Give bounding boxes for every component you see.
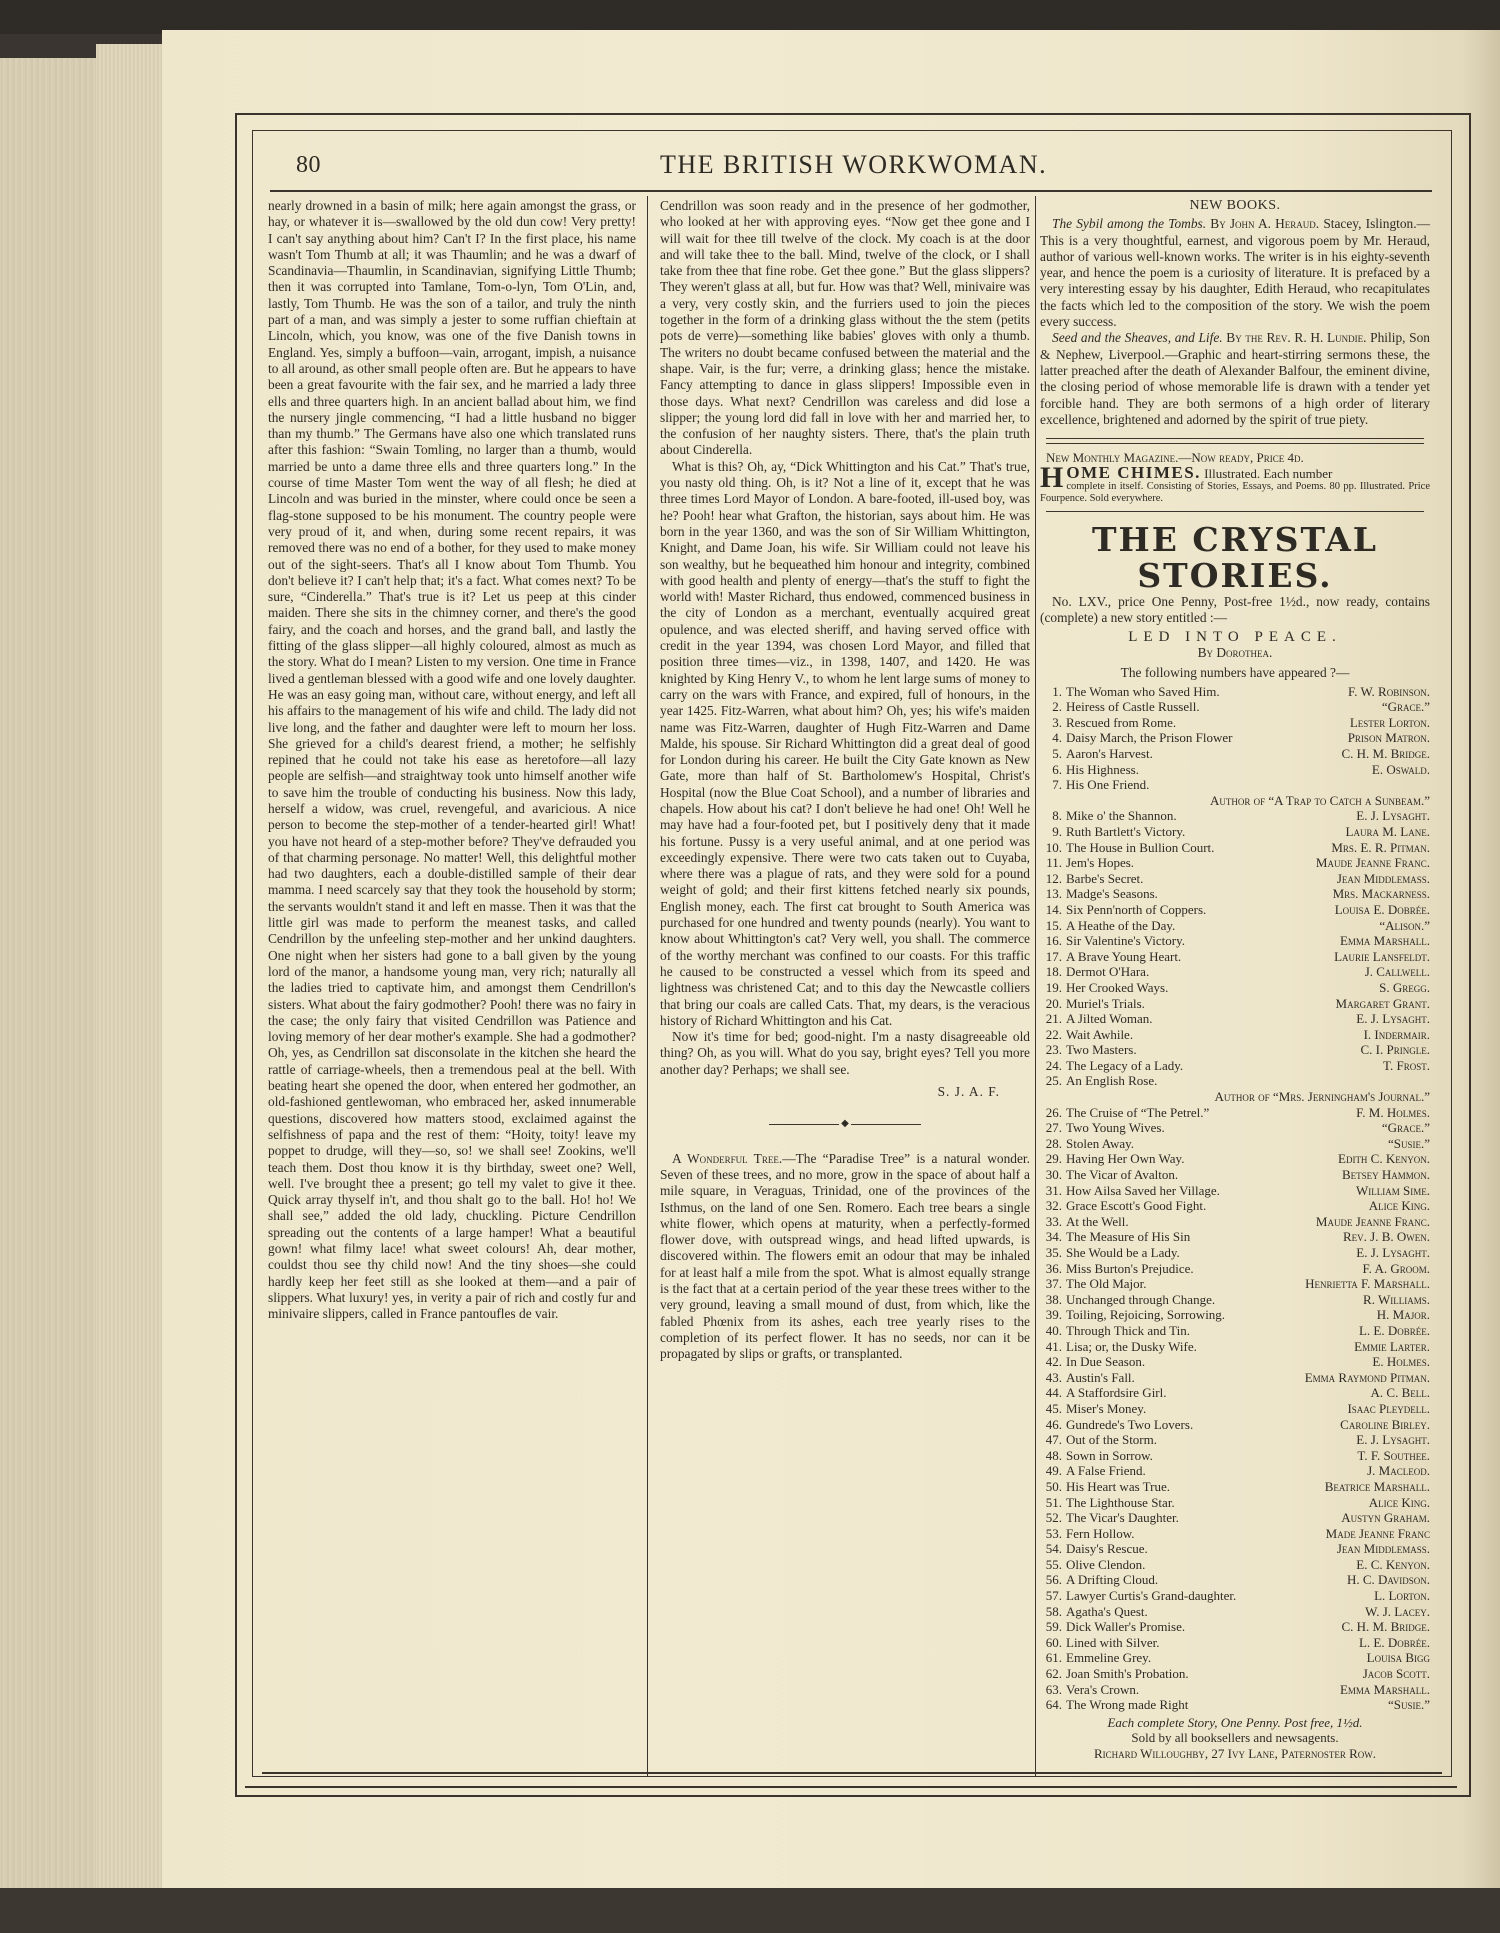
- story-title: Two Young Wives.: [1066, 1120, 1376, 1136]
- story-title: Olive Clendon.: [1066, 1557, 1350, 1573]
- story-number: 45.: [1040, 1401, 1062, 1417]
- ornament-line: [769, 1124, 839, 1125]
- story-author: T. Frost.: [1377, 1058, 1430, 1074]
- column-left: nearly drowned in a basin of milk; here …: [268, 198, 636, 1322]
- story-author: Isaac Pleydell.: [1341, 1401, 1430, 1417]
- masthead: THE BRITISH WORKWOMAN.: [660, 150, 1047, 180]
- book-review: The Sybil among the Tombs. By John A. He…: [1040, 216, 1430, 330]
- story-title: Muriel's Trials.: [1066, 996, 1330, 1012]
- footer-rule: [262, 1772, 1442, 1774]
- story-title: The Lighthouse Star.: [1066, 1495, 1363, 1511]
- featured-story-author: By Dorothea.: [1040, 645, 1430, 661]
- page-number: 80: [296, 152, 321, 179]
- story-author: Emma Marshall.: [1334, 933, 1430, 949]
- story-title: How Ailsa Saved her Village.: [1066, 1183, 1350, 1199]
- publisher-address: Richard Willoughby, 27 Ivy Lane, Paterno…: [1040, 1746, 1430, 1762]
- story-list-item: 2.Heiress of Castle Russell.“Grace.”: [1040, 699, 1430, 715]
- story-number: 59.: [1040, 1619, 1062, 1635]
- story-list-item: 56.A Drifting Cloud.H. C. Davidson.: [1040, 1572, 1430, 1588]
- book-author: By John A. Heraud.: [1210, 216, 1319, 231]
- article-paragraph: Now it's time for bed; good-night. I'm a…: [660, 1029, 1030, 1078]
- story-list-item: 45.Miser's Money.Isaac Pleydell.: [1040, 1401, 1430, 1417]
- story-title: His Highness.: [1066, 762, 1366, 778]
- story-list-item: 7.His One Friend.: [1040, 777, 1430, 793]
- story-title: Miser's Money.: [1066, 1401, 1341, 1417]
- section-rule: [1046, 443, 1424, 444]
- story-author: [1424, 1073, 1430, 1089]
- story-list-item: 15.A Heathe of the Day.“Alison.”: [1040, 918, 1430, 934]
- story-author: “Susie.”: [1382, 1136, 1430, 1152]
- story-number: 57.: [1040, 1588, 1062, 1604]
- story-title: The Legacy of a Lady.: [1066, 1058, 1377, 1074]
- story-list-item: 9.Ruth Bartlett's Victory.Laura M. Lane.: [1040, 824, 1430, 840]
- story-list-item: 34.The Measure of His SinRev. J. B. Owen…: [1040, 1229, 1430, 1245]
- story-author: Maude Jeanne Franc.: [1310, 855, 1430, 871]
- story-title: The House in Bullion Court.: [1066, 840, 1325, 856]
- story-list-item: 50.His Heart was True.Beatrice Marshall.: [1040, 1479, 1430, 1495]
- story-title: The Vicar's Daughter.: [1066, 1510, 1335, 1526]
- new-books-title: NEW BOOKS.: [1040, 198, 1430, 214]
- story-title: Joan Smith's Probation.: [1066, 1666, 1357, 1682]
- story-number: 38.: [1040, 1292, 1062, 1308]
- story-list-item: 31.How Ailsa Saved her Village.William S…: [1040, 1183, 1430, 1199]
- story-title: Unchanged through Change.: [1066, 1292, 1357, 1308]
- story-number: 53.: [1040, 1526, 1062, 1542]
- story-author: A. C. Bell.: [1365, 1385, 1430, 1401]
- story-author: Author of “A Trap to Catch a Sunbeam.”: [1204, 793, 1430, 809]
- story-list-item: 64.The Wrong made Right“Susie.”: [1040, 1697, 1430, 1713]
- story-title: Madge's Seasons.: [1066, 886, 1327, 902]
- story-list-heading: The following numbers have appeared ?—: [1040, 665, 1430, 681]
- story-author: E. J. Lysaght.: [1350, 808, 1430, 824]
- article-paragraph: What is this? Oh, ay, “Dick Whittington …: [660, 459, 1030, 1029]
- story-author: J. Callwell.: [1359, 964, 1430, 980]
- story-number: 27.: [1040, 1120, 1062, 1136]
- story-author: Austyn Graham.: [1335, 1510, 1430, 1526]
- story-list-item: 20.Muriel's Trials.Margaret Grant.: [1040, 996, 1430, 1012]
- crystal-stories-title: THE CRYSTAL STORIES.: [1040, 522, 1430, 594]
- story-author: H. Major.: [1371, 1307, 1430, 1323]
- story-list-item: 63.Vera's Crown.Emma Marshall.: [1040, 1682, 1430, 1698]
- footer-rule: [245, 1786, 1457, 1788]
- story-number: 9.: [1040, 824, 1062, 840]
- story-list-item: 51.The Lighthouse Star.Alice King.: [1040, 1495, 1430, 1511]
- story-list-item: 43.Austin's Fall.Emma Raymond Pitman.: [1040, 1370, 1430, 1386]
- story-number: 15.: [1040, 918, 1062, 934]
- story-list-item: 59.Dick Waller's Promise.C. H. M. Bridge…: [1040, 1619, 1430, 1635]
- story-author: Rev. J. B. Owen.: [1337, 1229, 1430, 1245]
- story-list-item: 29.Having Her Own Way.Edith C. Kenyon.: [1040, 1151, 1430, 1167]
- story-number: 13.: [1040, 886, 1062, 902]
- story-number: 19.: [1040, 980, 1062, 996]
- story-number: 30.: [1040, 1167, 1062, 1183]
- story-number: 36.: [1040, 1261, 1062, 1277]
- story-list-item: 28.Stolen Away.“Susie.”: [1040, 1136, 1430, 1152]
- story-number: 18.: [1040, 964, 1062, 980]
- book-title: Seed and the Sheaves, and Life.: [1052, 330, 1223, 345]
- story-title: In Due Season.: [1066, 1354, 1366, 1370]
- story-number: 3.: [1040, 715, 1062, 731]
- story-title: Daisy's Rescue.: [1066, 1541, 1331, 1557]
- story-title: Agatha's Quest.: [1066, 1604, 1359, 1620]
- story-list-item: 48.Sown in Sorrow.T. F. Southee.: [1040, 1448, 1430, 1464]
- story-number: 63.: [1040, 1682, 1062, 1698]
- story-title: Lisa; or, the Dusky Wife.: [1066, 1339, 1348, 1355]
- story-author: Maude Jeanne Franc.: [1310, 1214, 1430, 1230]
- story-author: Prison Matron.: [1342, 730, 1430, 746]
- story-title: Sown in Sorrow.: [1066, 1448, 1351, 1464]
- story-list-item: 35.She Would be a Lady.E. J. Lysaght.: [1040, 1245, 1430, 1261]
- story-author: E. J. Lysaght.: [1350, 1432, 1430, 1448]
- home-chimes-details: complete in itself. Consisting of Storie…: [1040, 481, 1430, 505]
- story-list-item: 38.Unchanged through Change.R. Williams.: [1040, 1292, 1430, 1308]
- story-title: Dermot O'Hara.: [1066, 964, 1359, 980]
- story-author: Laurie Lansfeldt.: [1328, 949, 1430, 965]
- story-list-item: 39.Toiling, Rejoicing, Sorrowing.H. Majo…: [1040, 1307, 1430, 1323]
- story-number: 54.: [1040, 1541, 1062, 1557]
- story-title: Emmeline Grey.: [1066, 1650, 1361, 1666]
- story-title: She Would be a Lady.: [1066, 1245, 1350, 1261]
- story-author: Louisa E. Dobrée.: [1329, 902, 1430, 918]
- story-title: Mike o' the Shannon.: [1066, 808, 1350, 824]
- story-author: Louisa Bigg: [1361, 1650, 1430, 1666]
- story-list-item: 19.Her Crooked Ways.S. Gregg.: [1040, 980, 1430, 996]
- story-title: Through Thick and Tin.: [1066, 1323, 1353, 1339]
- story-title: The Woman who Saved Him.: [1066, 684, 1342, 700]
- story-number: 6.: [1040, 762, 1062, 778]
- story-number: 56.: [1040, 1572, 1062, 1588]
- ornament-diamond-icon: ◆: [841, 1116, 849, 1132]
- story-number: 28.: [1040, 1136, 1062, 1152]
- review-body: Stacey, Islington.—This is a very though…: [1040, 216, 1430, 329]
- story-list-item: 32.Grace Escott's Good Fight.Alice King.: [1040, 1198, 1430, 1214]
- story-author: L. Lorton.: [1368, 1588, 1430, 1604]
- story-title: Rescued from Rome.: [1066, 715, 1344, 731]
- crystal-stories-intro: No. LXV., price One Penny, Post-free 1½d…: [1040, 594, 1430, 627]
- story-number: 41.: [1040, 1339, 1062, 1355]
- story-list-item: 27.Two Young Wives.“Grace.”: [1040, 1120, 1430, 1136]
- story-author: C. I. Pringle.: [1355, 1042, 1430, 1058]
- story-author: Caroline Birley.: [1334, 1417, 1430, 1433]
- story-number: 58.: [1040, 1604, 1062, 1620]
- story-author: Alice King.: [1363, 1198, 1430, 1214]
- story-number: 10.: [1040, 840, 1062, 856]
- story-list-item: 6.His Highness.E. Oswald.: [1040, 762, 1430, 778]
- story-title: His One Friend.: [1066, 777, 1424, 793]
- story-author: Jacob Scott.: [1357, 1666, 1430, 1682]
- story-author: “Alison.”: [1373, 918, 1430, 934]
- story-list-item: 55.Olive Clendon.E. C. Kenyon.: [1040, 1557, 1430, 1573]
- story-number: 25.: [1040, 1073, 1062, 1089]
- story-author: Edith C. Kenyon.: [1332, 1151, 1430, 1167]
- story-title: Austin's Fall.: [1066, 1370, 1299, 1386]
- story-author: W. J. Lacey.: [1359, 1604, 1430, 1620]
- story-list-item: 26.The Cruise of “The Petrel.”F. M. Holm…: [1040, 1105, 1430, 1121]
- story-author: Henrietta F. Marshall.: [1299, 1276, 1430, 1292]
- story-author: E. Holmes.: [1366, 1354, 1430, 1370]
- story-number: 5.: [1040, 746, 1062, 762]
- story-number: 14.: [1040, 902, 1062, 918]
- story-author: Laura M. Lane.: [1340, 824, 1430, 840]
- story-author: “Susie.”: [1382, 1697, 1430, 1713]
- story-title: The Cruise of “The Petrel.”: [1066, 1105, 1350, 1121]
- story-list-item: 53.Fern Hollow.Made Jeanne Franc: [1040, 1526, 1430, 1542]
- story-number: 2.: [1040, 699, 1062, 715]
- story-title: Jem's Hopes.: [1066, 855, 1310, 871]
- article-paragraph: Cendrillon was soon ready and in the pre…: [660, 198, 1030, 459]
- story-number: 43.: [1040, 1370, 1062, 1386]
- column-right: NEW BOOKS. The Sybil among the Tombs. By…: [1040, 198, 1430, 1762]
- story-author-note: Author of “Mrs. Jerningham's Journal.”: [1040, 1089, 1430, 1105]
- story-number: 52.: [1040, 1510, 1062, 1526]
- story-author: Betsey Hammon.: [1336, 1167, 1430, 1183]
- column-divider: [647, 196, 648, 1776]
- story-title: Ruth Bartlett's Victory.: [1066, 824, 1340, 840]
- story-author: [1424, 777, 1430, 793]
- story-number: 50.: [1040, 1479, 1062, 1495]
- story-list-item: 10.The House in Bullion Court.Mrs. E. R.…: [1040, 840, 1430, 856]
- story-number: 40.: [1040, 1323, 1062, 1339]
- book-background-bottom: [0, 1888, 1500, 1933]
- sold-by-note: Sold by all booksellers and newsagents.: [1040, 1730, 1430, 1746]
- story-list-item: 12.Barbe's Secret.Jean Middlemass.: [1040, 871, 1430, 887]
- story-number: 22.: [1040, 1027, 1062, 1043]
- story-title: Having Her Own Way.: [1066, 1151, 1332, 1167]
- section-rule: [1046, 438, 1424, 439]
- article-signature: S. J. A. F.: [660, 1084, 1030, 1100]
- story-author: J. Macleod.: [1361, 1463, 1430, 1479]
- price-note: Each complete Story, One Penny. Post fre…: [1040, 1715, 1430, 1731]
- story-author: F. A. Groom.: [1356, 1261, 1430, 1277]
- story-title: Her Crooked Ways.: [1066, 980, 1373, 996]
- book-review: Seed and the Sheaves, and Life. By the R…: [1040, 330, 1430, 428]
- story-list-item: 46.Gundrede's Two Lovers.Caroline Birley…: [1040, 1417, 1430, 1433]
- story-author: Jean Middlemass.: [1331, 1541, 1430, 1557]
- story-list-item: 54.Daisy's Rescue.Jean Middlemass.: [1040, 1541, 1430, 1557]
- story-list-item: 62.Joan Smith's Probation.Jacob Scott.: [1040, 1666, 1430, 1682]
- story-number: 33.: [1040, 1214, 1062, 1230]
- home-chimes-ad: New Monthly Magazine.—Now ready, Price 4…: [1040, 450, 1430, 505]
- home-chimes-title: OME CHIMES.: [1066, 463, 1201, 482]
- story-list-item: 41.Lisa; or, the Dusky Wife.Emmie Larter…: [1040, 1339, 1430, 1355]
- story-title: A False Friend.: [1066, 1463, 1361, 1479]
- story-number: 32.: [1040, 1198, 1062, 1214]
- book-author: By the Rev. R. H. Lundie.: [1226, 330, 1366, 345]
- story-author: E. J. Lysaght.: [1350, 1011, 1430, 1027]
- section-rule: [1046, 511, 1424, 512]
- story-author: H. C. Davidson.: [1341, 1572, 1430, 1588]
- story-list-item: 14.Six Penn'north of Coppers.Louisa E. D…: [1040, 902, 1430, 918]
- story-author: Mrs. E. R. Pitman.: [1325, 840, 1430, 856]
- story-list-item: 40.Through Thick and Tin.L. E. Dobrée.: [1040, 1323, 1430, 1339]
- story-number: 37.: [1040, 1276, 1062, 1292]
- story-number: 24.: [1040, 1058, 1062, 1074]
- story-list-item: 47.Out of the Storm.E. J. Lysaght.: [1040, 1432, 1430, 1448]
- story-title: Barbe's Secret.: [1066, 871, 1331, 887]
- story-list-item: 60.Lined with Silver.L. E. Dobrée.: [1040, 1635, 1430, 1651]
- story-number: 42.: [1040, 1354, 1062, 1370]
- story-author: C. H. M. Bridge.: [1335, 746, 1430, 762]
- story-title: Wait Awhile.: [1066, 1027, 1358, 1043]
- story-title: The Wrong made Right: [1066, 1697, 1382, 1713]
- story-list-item: 52.The Vicar's Daughter.Austyn Graham.: [1040, 1510, 1430, 1526]
- story-title: A Jilted Woman.: [1066, 1011, 1350, 1027]
- story-number: 7.: [1040, 777, 1062, 793]
- story-number: 31.: [1040, 1183, 1062, 1199]
- story-author: Beatrice Marshall.: [1319, 1479, 1430, 1495]
- story-title: Dick Waller's Promise.: [1066, 1619, 1335, 1635]
- story-list-item: 57.Lawyer Curtis's Grand-daughter.L. Lor…: [1040, 1588, 1430, 1604]
- story-number: 29.: [1040, 1151, 1062, 1167]
- story-list-item: 42.In Due Season.E. Holmes.: [1040, 1354, 1430, 1370]
- story-title: Stolen Away.: [1066, 1136, 1382, 1152]
- story-author: Jean Middlemass.: [1331, 871, 1430, 887]
- story-title: Vera's Crown.: [1066, 1682, 1334, 1698]
- story-author: R. Williams.: [1357, 1292, 1430, 1308]
- story-list-item: 18.Dermot O'Hara.J. Callwell.: [1040, 964, 1430, 980]
- story-title: A Brave Young Heart.: [1066, 949, 1328, 965]
- story-number: 60.: [1040, 1635, 1062, 1651]
- story-list-item: 21.A Jilted Woman.E. J. Lysaght.: [1040, 1011, 1430, 1027]
- story-title: His Heart was True.: [1066, 1479, 1319, 1495]
- story-list-item: 23.Two Masters.C. I. Pringle.: [1040, 1042, 1430, 1058]
- story-author: Alice King.: [1363, 1495, 1430, 1511]
- story-author: Margaret Grant.: [1330, 996, 1430, 1012]
- section-ornament: ◆: [660, 1116, 1030, 1132]
- column-middle: Cendrillon was soon ready and in the pre…: [660, 198, 1030, 1362]
- book-page-edges-inner: [96, 44, 162, 1894]
- story-author: L. E. Dobrée.: [1353, 1635, 1430, 1651]
- story-title: At the Well.: [1066, 1214, 1310, 1230]
- story-title: A Staffordsire Girl.: [1066, 1385, 1365, 1401]
- story-author: E. Oswald.: [1366, 762, 1430, 778]
- story-title: Gundrede's Two Lovers.: [1066, 1417, 1334, 1433]
- story-number: 62.: [1040, 1666, 1062, 1682]
- story-title: Six Penn'north of Coppers.: [1066, 902, 1329, 918]
- story-author: Lester Lorton.: [1344, 715, 1430, 731]
- story-title: The Measure of His Sin: [1066, 1229, 1337, 1245]
- story-number: 20.: [1040, 996, 1062, 1012]
- wonderful-tree-body: —The “Paradise Tree” is a natural wonder…: [660, 1151, 1030, 1362]
- story-title: Heiress of Castle Russell.: [1066, 699, 1376, 715]
- book-title: The Sybil among the Tombs.: [1052, 216, 1206, 231]
- story-author: Emma Marshall.: [1334, 1682, 1430, 1698]
- story-list-item: 36.Miss Burton's Prejudice.F. A. Groom.: [1040, 1261, 1430, 1277]
- story-list-item: 49.A False Friend.J. Macleod.: [1040, 1463, 1430, 1479]
- story-number: 4.: [1040, 730, 1062, 746]
- story-list-item: 61.Emmeline Grey.Louisa Bigg: [1040, 1650, 1430, 1666]
- story-list-item: 5.Aaron's Harvest.C. H. M. Bridge.: [1040, 746, 1430, 762]
- story-title: Lawyer Curtis's Grand-daughter.: [1066, 1588, 1368, 1604]
- featured-story-title: LED INTO PEACE.: [1040, 629, 1430, 645]
- story-title: A Drifting Cloud.: [1066, 1572, 1341, 1588]
- story-number: 51.: [1040, 1495, 1062, 1511]
- story-list-item: 25.An English Rose.: [1040, 1073, 1430, 1089]
- story-author: I. Indermair.: [1358, 1027, 1430, 1043]
- story-list-item: 16.Sir Valentine's Victory.Emma Marshall…: [1040, 933, 1430, 949]
- story-number: 26.: [1040, 1105, 1062, 1121]
- story-title: Two Masters.: [1066, 1042, 1355, 1058]
- story-title: Out of the Storm.: [1066, 1432, 1350, 1448]
- story-list-item: 44.A Staffordsire Girl.A. C. Bell.: [1040, 1385, 1430, 1401]
- wonderful-tree-heading: A Wonderful Tree.: [672, 1151, 782, 1166]
- story-list-item: 17.A Brave Young Heart.Laurie Lansfeldt.: [1040, 949, 1430, 965]
- story-author: C. H. M. Bridge.: [1335, 1619, 1430, 1635]
- story-number: 55.: [1040, 1557, 1062, 1573]
- home-chimes-drop-cap: H: [1040, 465, 1063, 491]
- story-title: Grace Escott's Good Fight.: [1066, 1198, 1363, 1214]
- story-title: Lined with Silver.: [1066, 1635, 1353, 1651]
- story-list-item: 30.The Vicar of Avalton.Betsey Hammon.: [1040, 1167, 1430, 1183]
- story-author: S. Gregg.: [1373, 980, 1430, 996]
- story-list-item: 24.The Legacy of a Lady.T. Frost.: [1040, 1058, 1430, 1074]
- story-number: 46.: [1040, 1417, 1062, 1433]
- story-number: 12.: [1040, 871, 1062, 887]
- article-paragraph: nearly drowned in a basin of milk; here …: [268, 198, 636, 1322]
- story-list-item: 58.Agatha's Quest.W. J. Lacey.: [1040, 1604, 1430, 1620]
- story-number: 35.: [1040, 1245, 1062, 1261]
- story-author: “Grace.”: [1376, 699, 1430, 715]
- story-number: 48.: [1040, 1448, 1062, 1464]
- story-number: 64.: [1040, 1697, 1062, 1713]
- story-author: Emmie Larter.: [1348, 1339, 1430, 1355]
- story-number: 8.: [1040, 808, 1062, 824]
- story-list-item: 22.Wait Awhile.I. Indermair.: [1040, 1027, 1430, 1043]
- story-title: An English Rose.: [1066, 1073, 1424, 1089]
- story-author: William Sime.: [1350, 1183, 1430, 1199]
- story-title: Miss Burton's Prejudice.: [1066, 1261, 1356, 1277]
- story-author: L. E. Dobrée.: [1353, 1323, 1430, 1339]
- story-number: 11.: [1040, 855, 1062, 871]
- wonderful-tree-paragraph: A Wonderful Tree.—The “Paradise Tree” is…: [660, 1151, 1030, 1363]
- story-number: 23.: [1040, 1042, 1062, 1058]
- story-list-item: 13.Madge's Seasons.Mrs. Mackarness.: [1040, 886, 1430, 902]
- story-number: 34.: [1040, 1229, 1062, 1245]
- story-number: 1.: [1040, 684, 1062, 700]
- story-number: 16.: [1040, 933, 1062, 949]
- story-title: The Vicar of Avalton.: [1066, 1167, 1336, 1183]
- column-divider: [1035, 196, 1036, 1776]
- story-author: Author of “Mrs. Jerningham's Journal.”: [1209, 1089, 1430, 1105]
- story-author: Mrs. Mackarness.: [1327, 886, 1430, 902]
- story-title: Toiling, Rejoicing, Sorrowing.: [1066, 1307, 1371, 1323]
- story-list-item: 1.The Woman who Saved Him.F. W. Robinson…: [1040, 684, 1430, 700]
- story-title: Sir Valentine's Victory.: [1066, 933, 1334, 949]
- story-number: 39.: [1040, 1307, 1062, 1323]
- story-title: The Old Major.: [1066, 1276, 1299, 1292]
- story-number: 47.: [1040, 1432, 1062, 1448]
- story-author: E. C. Kenyon.: [1350, 1557, 1430, 1573]
- story-list: 1.The Woman who Saved Him.F. W. Robinson…: [1040, 684, 1430, 1713]
- story-list-item: 11.Jem's Hopes.Maude Jeanne Franc.: [1040, 855, 1430, 871]
- header-rule: [270, 190, 1432, 192]
- story-title: A Heathe of the Day.: [1066, 918, 1373, 934]
- story-author: E. J. Lysaght.: [1350, 1245, 1430, 1261]
- story-author: “Grace.”: [1376, 1120, 1430, 1136]
- story-title: Daisy March, the Prison Flower: [1066, 730, 1342, 746]
- story-author: F. M. Holmes.: [1350, 1105, 1430, 1121]
- story-list-item: 3.Rescued from Rome.Lester Lorton.: [1040, 715, 1430, 731]
- story-list-item: 37.The Old Major.Henrietta F. Marshall.: [1040, 1276, 1430, 1292]
- story-list-item: 8.Mike o' the Shannon.E. J. Lysaght.: [1040, 808, 1430, 824]
- story-author: Made Jeanne Franc: [1320, 1526, 1430, 1542]
- story-number: 44.: [1040, 1385, 1062, 1401]
- story-author: Emma Raymond Pitman.: [1299, 1370, 1430, 1386]
- ornament-line: [851, 1124, 921, 1125]
- home-chimes-tagline: Illustrated. Each number: [1204, 466, 1332, 481]
- story-number: 49.: [1040, 1463, 1062, 1479]
- story-author: F. W. Robinson.: [1342, 684, 1430, 700]
